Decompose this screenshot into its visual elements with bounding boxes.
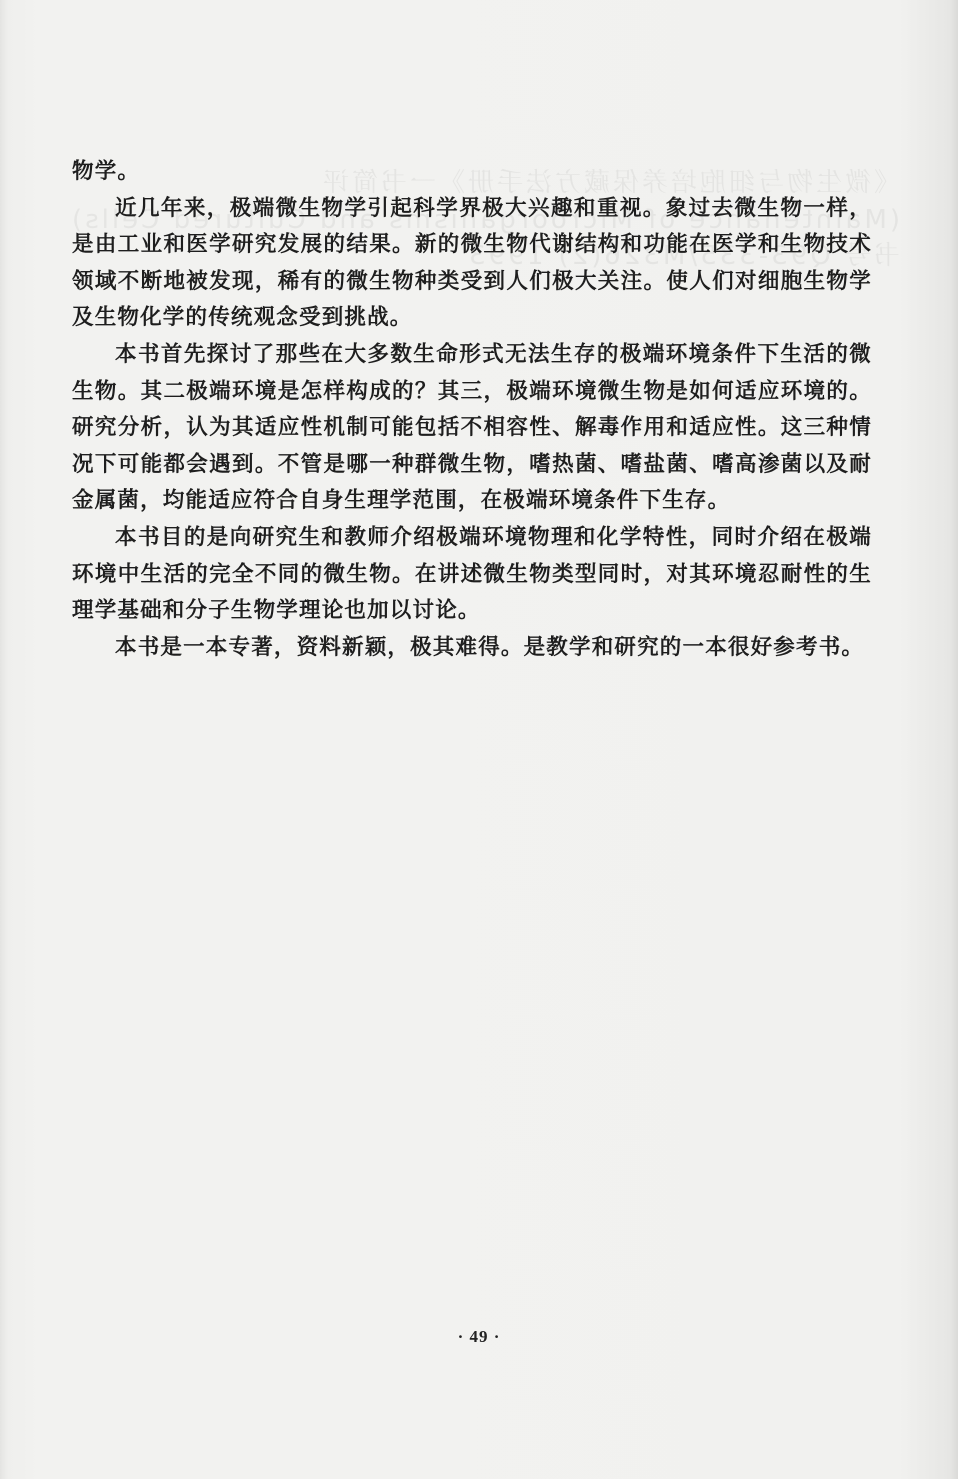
paragraph-book-purpose: 本书目的是向研究生和教师介绍极端环境物理和化学特性，同时介绍在极端环境中生活的完… — [72, 520, 872, 630]
paragraph-research-interest: 近几年来，极端微生物学引起科学界极大兴趣和重视。象过去微生物一样，是由工业和医学… — [72, 191, 872, 337]
page-body: 物学。 近几年来，极端微生物学引起科学界极大兴趣和重视。象过去微生物一样，是由工… — [72, 154, 872, 666]
paragraph-book-overview: 本书首先探讨了那些在大多数生命形式无法生存的极端环境条件下生活的微生物。其二极端… — [72, 337, 872, 520]
page-number: · 49 · — [0, 1327, 958, 1347]
paragraph-recommendation: 本书是一本专著，资料新颖，极其难得。是教学和研究的一本很好参考书。 — [72, 630, 872, 667]
paragraph-continuation: 物学。 — [72, 154, 872, 191]
